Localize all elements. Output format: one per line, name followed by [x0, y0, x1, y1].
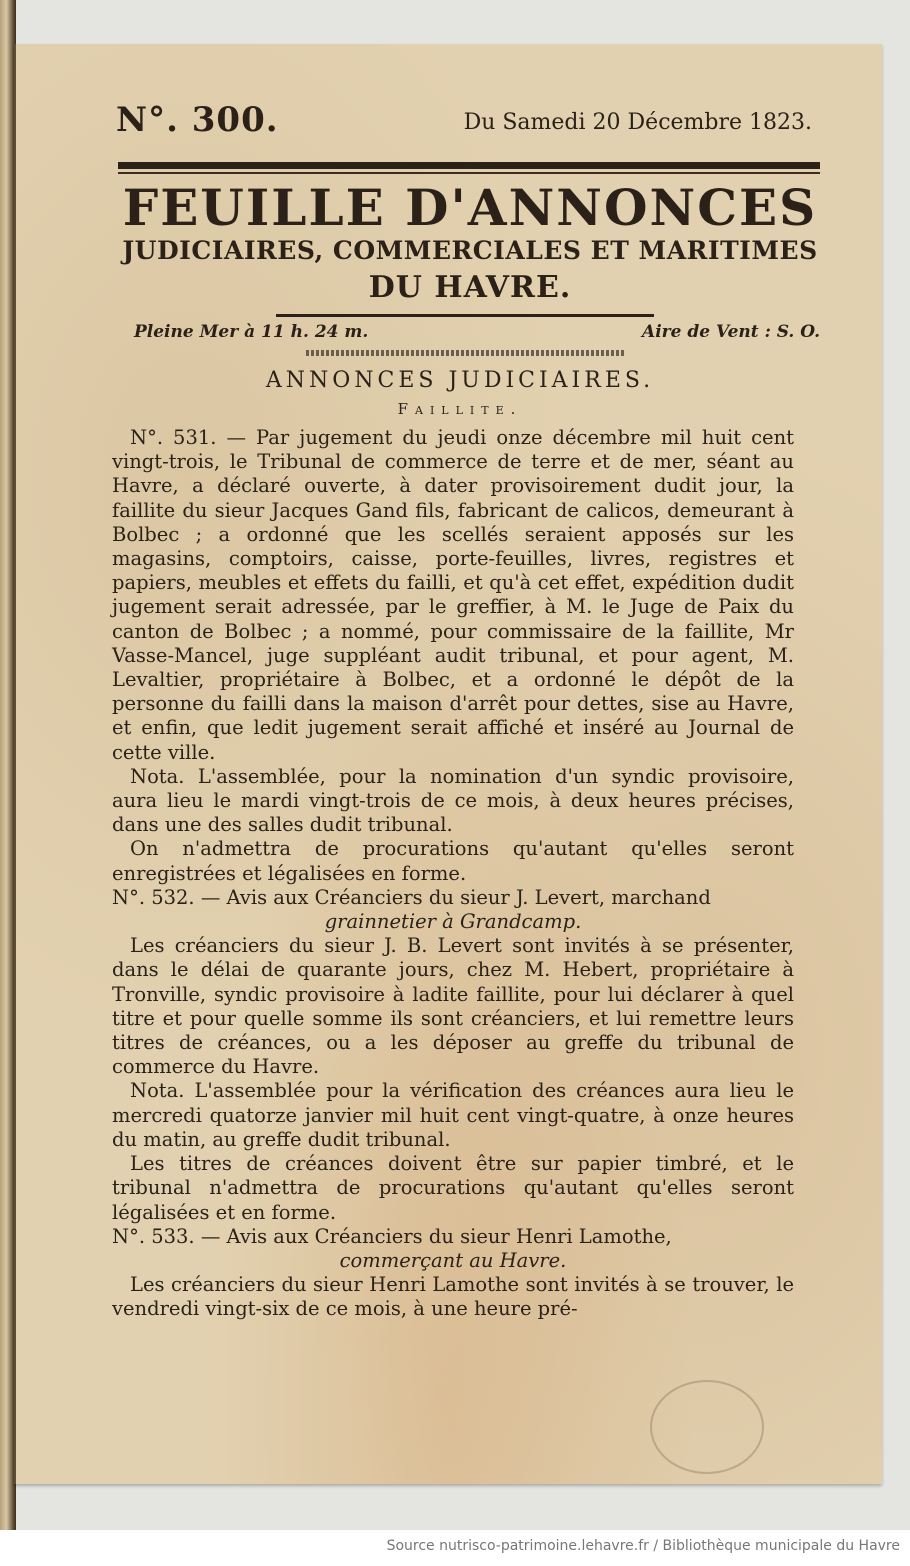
section-subtitle: Faillite.: [100, 400, 820, 418]
notice-532-nota: Nota. L'assemblée pour la vérification d…: [112, 1079, 794, 1152]
notice-533-body: Les créanciers du sieur Henri Lamothe so…: [112, 1273, 794, 1321]
header-rule-thick: [118, 162, 820, 169]
tide-info: Pleine Mer à 11 h. 24 m. Aire de Vent : …: [134, 322, 820, 348]
issue-number: N°. 300.: [116, 100, 279, 140]
notice-531-procurations: On n'admettra de procurations qu'autant …: [112, 837, 794, 885]
notice-533-heading-cont: commerçant au Havre.: [112, 1249, 794, 1273]
notice-532-heading: N°. 532. — Avis aux Créanciers du sieur …: [112, 886, 794, 910]
notice-531-body: N°. 531. — Par jugement du jeudi onze dé…: [112, 426, 794, 765]
section-title: ANNONCES JUDICIAIRES.: [100, 368, 820, 393]
notice-532-titres: Les titres de créances doivent être sur …: [112, 1152, 794, 1225]
header-rule-thin: [118, 172, 820, 174]
notice-533-heading: N°. 533. — Avis aux Créanciers du sieur …: [112, 1225, 794, 1249]
library-stamp: [650, 1380, 764, 1474]
issue-date: Du Samedi 20 Décembre 1823.: [464, 110, 812, 135]
wind-direction: Aire de Vent : S. O.: [642, 322, 820, 342]
notice-532-body: Les créanciers du sieur J. B. Levert son…: [112, 934, 794, 1079]
issue-header: N°. 300. Du Samedi 20 Décembre 1823.: [112, 100, 812, 144]
masthead-city: DU HAVRE.: [100, 270, 840, 305]
high-tide: Pleine Mer à 11 h. 24 m.: [134, 322, 368, 342]
source-credit: Source nutrisco-patrimoine.lehavre.fr / …: [387, 1538, 900, 1554]
masthead-subtitle: JUDICIAIRES, COMMERCIALES ET MARITIMES: [100, 236, 840, 265]
decorative-divider: [306, 350, 626, 356]
masthead-rule: [276, 314, 654, 317]
masthead-title: FEUILLE D'ANNONCES: [100, 178, 840, 237]
article-body: N°. 531. — Par jugement du jeudi onze dé…: [112, 426, 794, 1322]
notice-531-nota: Nota. L'assemblée, pour la nomination d'…: [112, 765, 794, 838]
notice-532-heading-cont: grainnetier à Grandcamp.: [112, 910, 794, 934]
